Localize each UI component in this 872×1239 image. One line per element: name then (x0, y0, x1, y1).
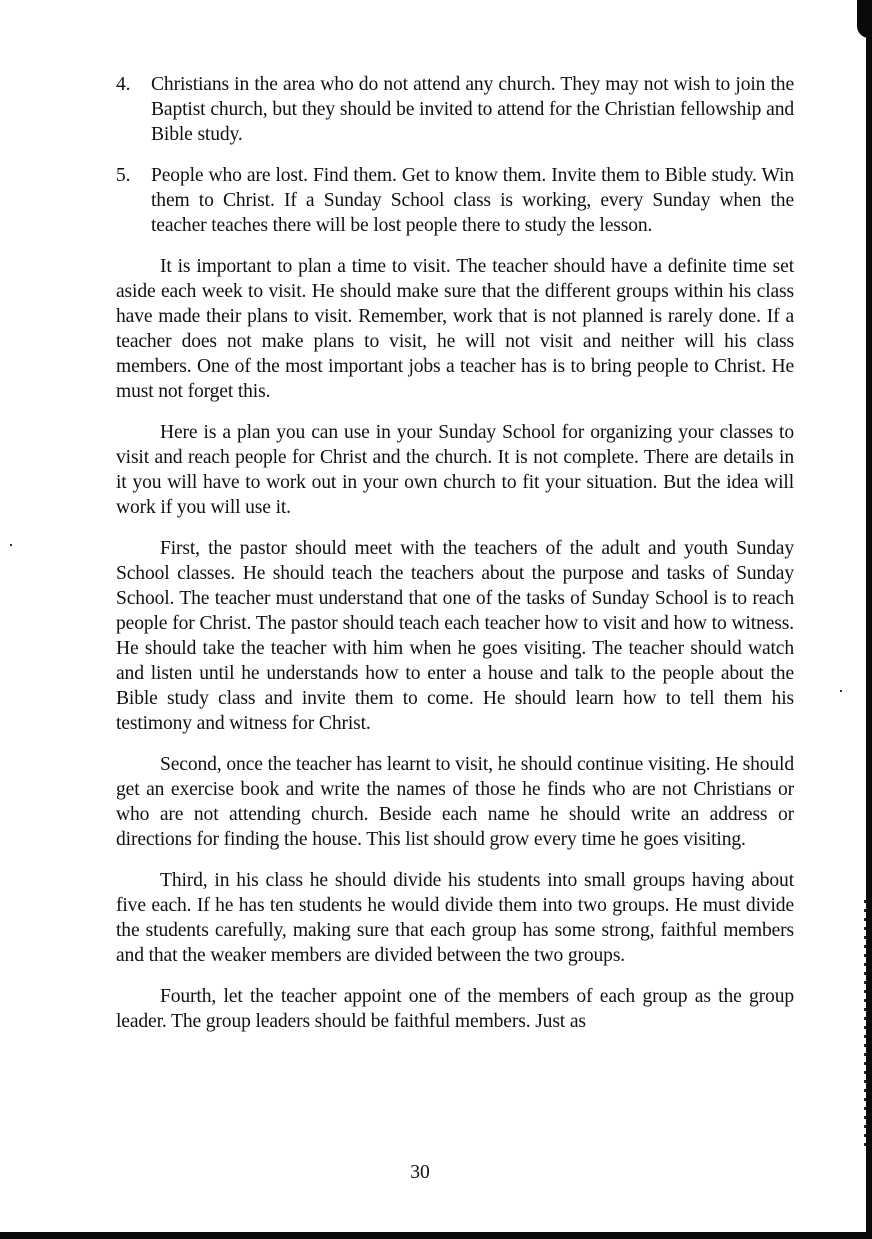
page-body: 4. Christians in the area who do not att… (116, 72, 794, 1034)
list-number: 4. (116, 72, 130, 97)
scanned-page: 4. Christians in the area who do not att… (0, 0, 872, 1239)
scan-edge-right (866, 0, 872, 1239)
paragraph-plan-time: It is important to plan a time to visit.… (116, 254, 794, 404)
paragraph-second-step: Second, once the teacher has learnt to v… (116, 752, 794, 852)
scan-edge-bottom (0, 1232, 872, 1239)
paragraph-fourth-step: Fourth, let the teacher appoint one of t… (116, 984, 794, 1034)
page-number: 30 (0, 1160, 840, 1185)
scan-edge-corner (857, 0, 869, 38)
list-item: 4. Christians in the area who do not att… (116, 72, 794, 147)
scan-speck (10, 544, 12, 546)
scan-edge-dots (864, 900, 866, 1150)
paragraph-organizing-plan: Here is a plan you can use in your Sunda… (116, 420, 794, 520)
paragraph-third-step: Third, in his class he should divide his… (116, 868, 794, 968)
list-item-text: People who are lost. Find them. Get to k… (151, 165, 794, 236)
list-item: 5. People who are lost. Find them. Get t… (116, 163, 794, 238)
scan-speck (840, 690, 842, 692)
list-number: 5. (116, 163, 130, 188)
paragraph-first-step: First, the pastor should meet with the t… (116, 536, 794, 736)
list-item-text: Christians in the area who do not attend… (151, 74, 794, 145)
